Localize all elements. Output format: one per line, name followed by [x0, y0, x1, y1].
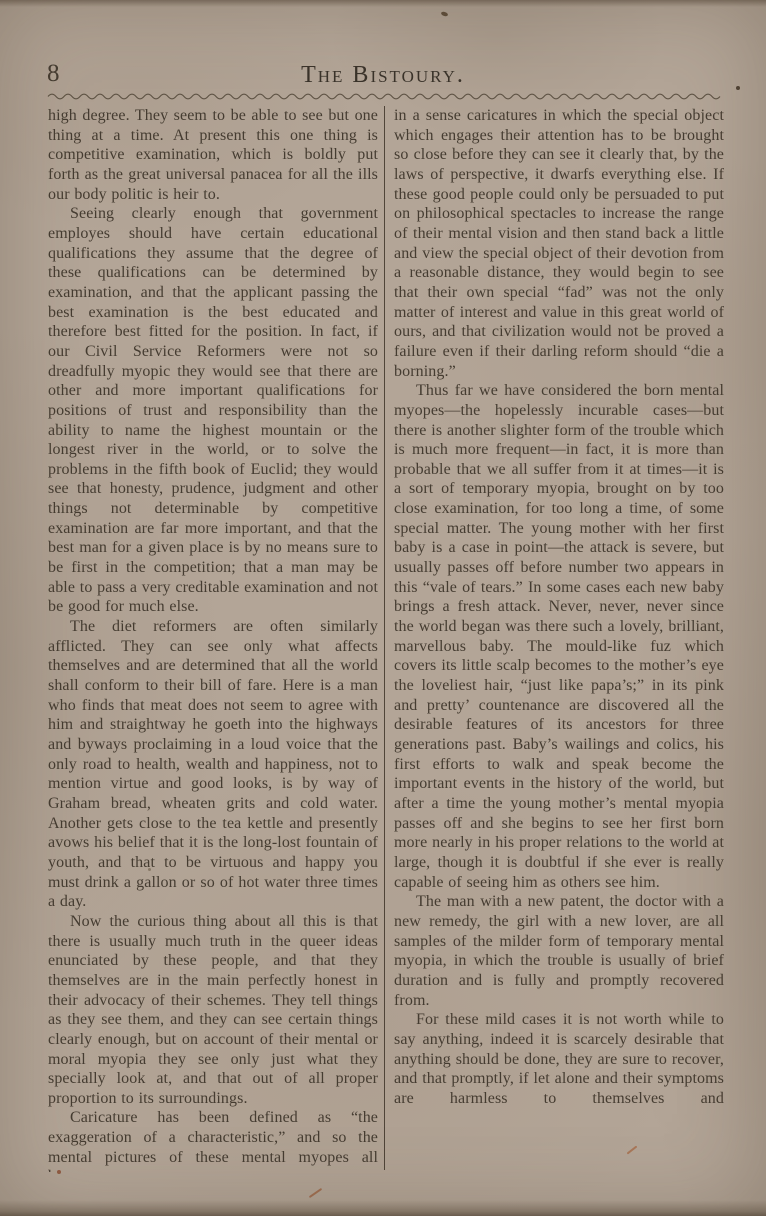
- paragraph: Caricature has been defined as “the exag…: [48, 1108, 378, 1172]
- text-columns: high degree. They seem to be able to see…: [48, 106, 724, 1172]
- paragraph: For these mild cases it is not worth whi…: [394, 1010, 724, 1108]
- column-divider-rule: [384, 106, 385, 1170]
- page-edge-top: [0, 0, 766, 7]
- page-edge-bottom: [0, 1200, 766, 1216]
- paragraph: The diet reformers are often similarly a…: [48, 617, 378, 912]
- scanned-journal-page: 8 The Bistoury. high degree. They seem t…: [0, 0, 766, 1216]
- left-column: high degree. They seem to be able to see…: [48, 106, 378, 1172]
- wavy-divider-rule: [47, 92, 721, 101]
- paragraph: Thus far we have considered the born men…: [394, 381, 724, 892]
- paragraph: Seeing clearly enough that government em…: [48, 204, 378, 617]
- paper-fiber: [309, 1188, 322, 1198]
- paragraph: in a sense caricatures in which the spec…: [394, 106, 724, 381]
- paragraph: Now the curious thing about all this is …: [48, 912, 378, 1109]
- paragraph: The man with a new patent, the doctor wi…: [394, 892, 724, 1010]
- right-column: in a sense caricatures in which the spec…: [394, 106, 724, 1172]
- wavy-line-path: [48, 94, 720, 99]
- paragraph: high degree. They seem to be able to see…: [48, 106, 378, 204]
- journal-title: The Bistoury.: [0, 62, 766, 89]
- paper-speck: [441, 11, 449, 17]
